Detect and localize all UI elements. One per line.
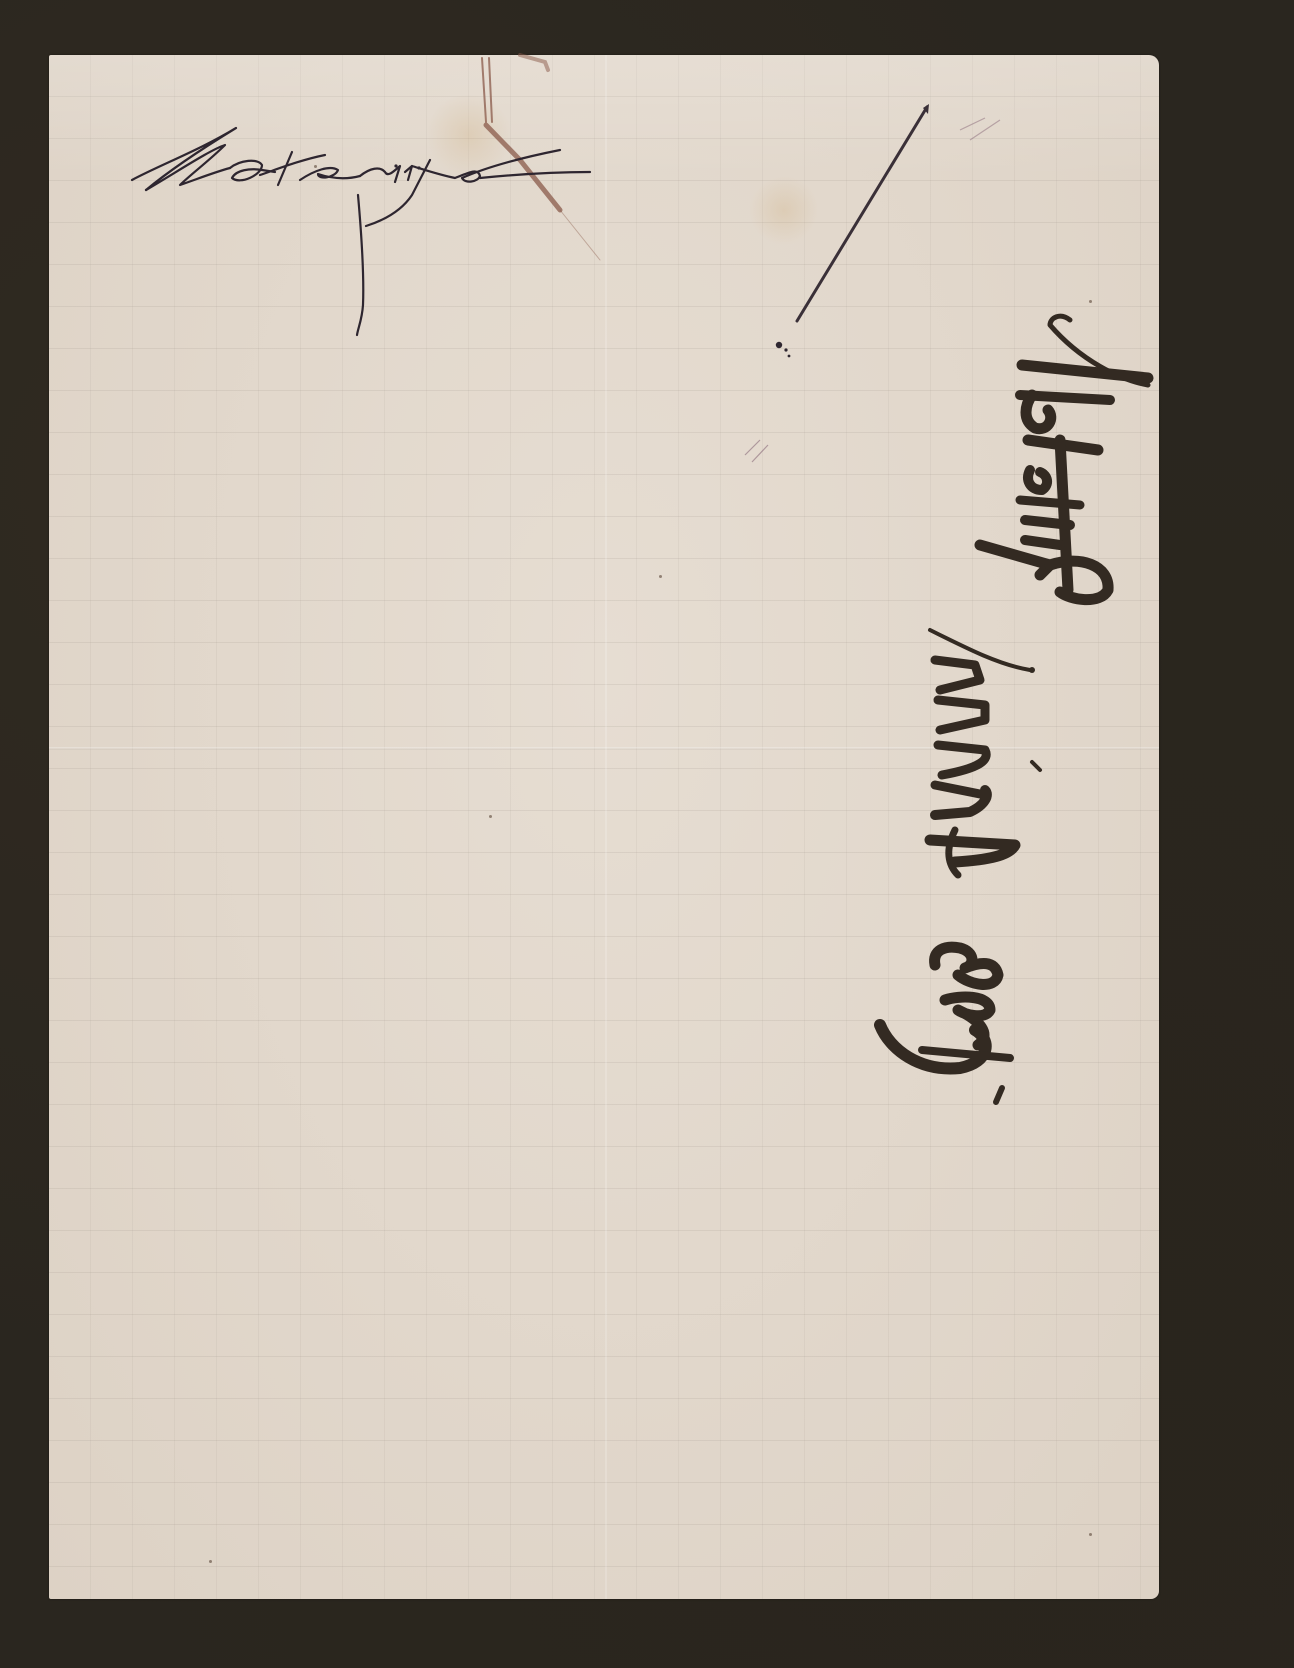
top-left-cursive-word	[132, 128, 590, 335]
right-vertical-heavy-text	[880, 316, 1148, 1102]
diagonal-stroke	[745, 104, 1000, 462]
pencil-mark	[482, 55, 600, 260]
handwriting-layer	[0, 0, 1294, 1668]
